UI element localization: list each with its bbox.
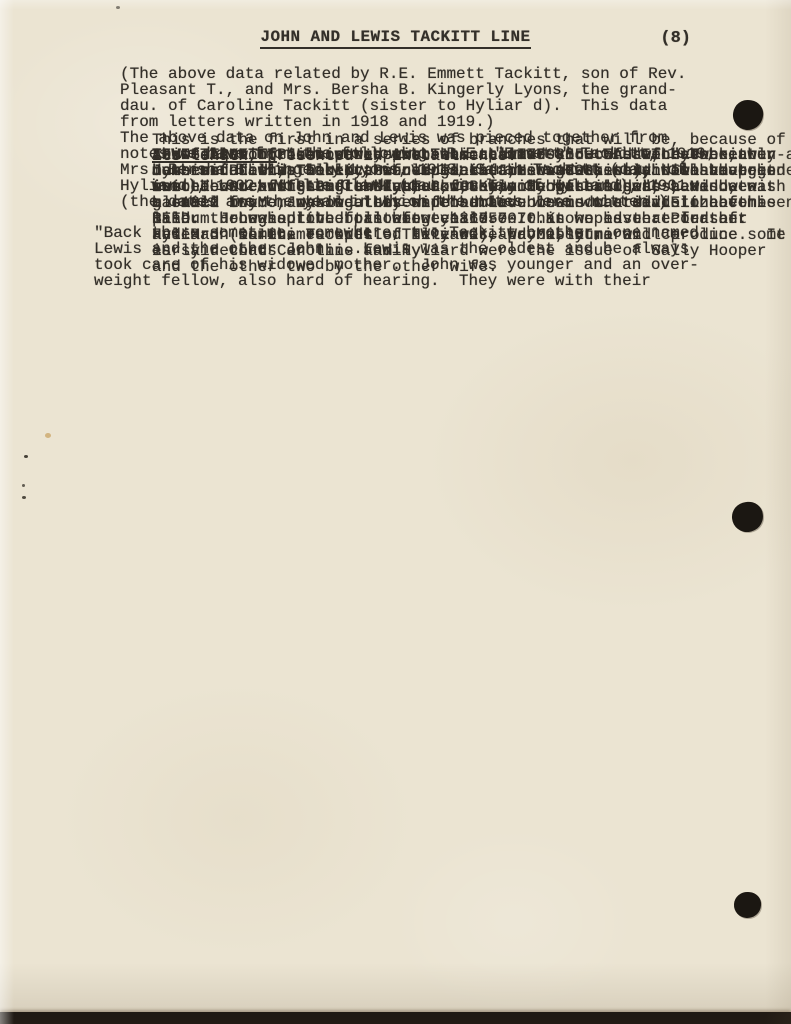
document-page: JOHN AND LEWIS TACKITT LINE (8) This is … bbox=[0, 0, 791, 1024]
paper-speck bbox=[45, 433, 51, 438]
paragraph: (The above data related by R.E. Emmett T… bbox=[120, 66, 755, 130]
page-body: This is the first in a series of branche… bbox=[76, 66, 755, 289]
hole-punch-icon bbox=[731, 500, 765, 533]
document-title: JOHN AND LEWIS TACKITT LINE bbox=[260, 28, 530, 49]
page-header: JOHN AND LEWIS TACKITT LINE (8) bbox=[0, 28, 791, 49]
paragraph: The following is a story that was relate… bbox=[152, 147, 719, 195]
scan-edge-bar bbox=[0, 1012, 791, 1024]
paper-speck bbox=[24, 455, 28, 458]
paper-speck bbox=[116, 6, 120, 9]
hole-punch-icon bbox=[733, 891, 762, 919]
page-number: (8) bbox=[660, 29, 691, 48]
paper-speck bbox=[22, 496, 26, 499]
paper-speck bbox=[22, 484, 25, 487]
